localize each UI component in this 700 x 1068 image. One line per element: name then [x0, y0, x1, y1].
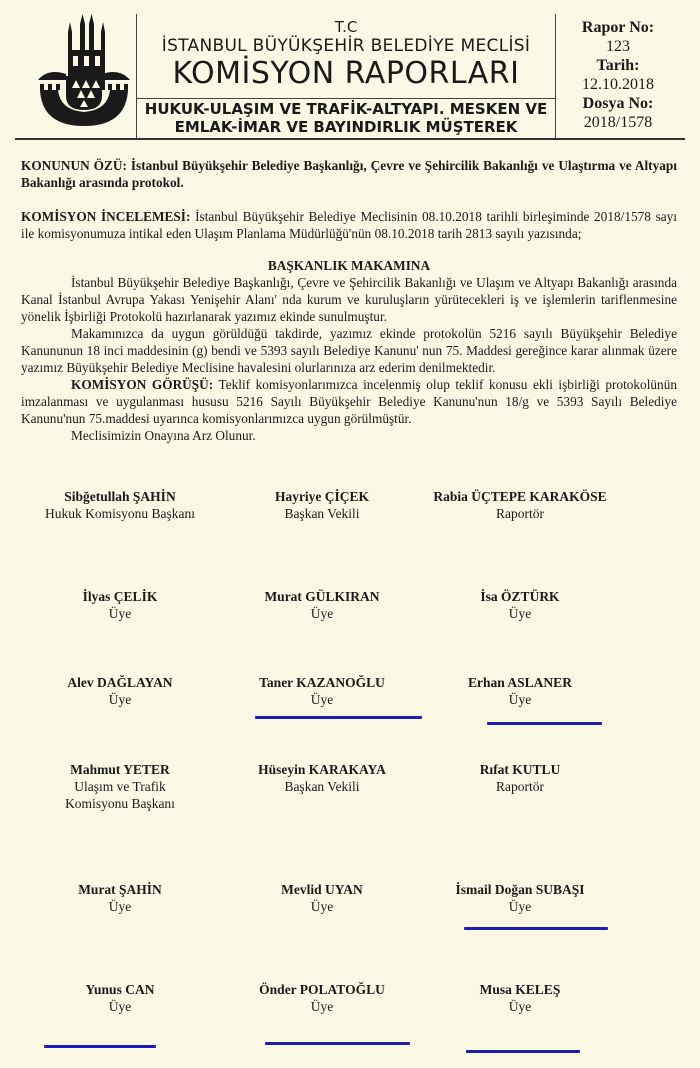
- dosya-no-label: Dosya No:: [556, 94, 680, 113]
- blue-underline-mark: [487, 722, 602, 725]
- signatory-name: Rıfat KUTLU: [400, 761, 640, 778]
- signatory-role: Üye: [400, 998, 640, 1015]
- blue-underline-mark: [466, 1050, 580, 1053]
- header-divider: [136, 14, 137, 139]
- signatory-name: İsmail Doğan SUBAŞI: [400, 881, 640, 898]
- signatory-role: Üye: [400, 691, 640, 708]
- tarih-value: 12.10.2018: [556, 75, 680, 94]
- signatory: İsa ÖZTÜRKÜye: [400, 588, 640, 622]
- gorus-paragraph: KOMİSYON GÖRÜŞÜ: Teklif komisyonlarımızc…: [21, 376, 677, 427]
- signatory: Musa KELEŞÜye: [400, 981, 640, 1015]
- makam-title: BAŞKANLIK MAKAMINA: [21, 257, 677, 274]
- dosya-no-value: 2018/1578: [556, 113, 680, 132]
- closing-line: Meclisimizin Onayına Arz Olunur.: [21, 427, 677, 444]
- signatory-role: Raportör: [400, 505, 640, 522]
- tc-label: T.C: [138, 18, 554, 36]
- signatory: Erhan ASLANERÜye: [400, 674, 640, 708]
- signatory-role: Üye: [400, 605, 640, 622]
- council-name: İSTANBUL BÜYÜKŞEHİR BELEDİYE MECLİSİ: [138, 36, 554, 56]
- signatory: Rıfat KUTLURaportör: [400, 761, 640, 795]
- report-meta: Rapor No: 123 Tarih: 12.10.2018 Dosya No…: [556, 18, 680, 132]
- signatory-role: Komisyonu Başkanı: [0, 795, 240, 812]
- inceleme-label: KOMİSYON İNCELEMESİ:: [21, 209, 190, 224]
- inceleme-paragraph: KOMİSYON İNCELEMESİ: İstanbul Büyükşehir…: [21, 208, 677, 242]
- signatory-role: Raportör: [400, 778, 640, 795]
- ibb-logo-icon: [28, 14, 140, 126]
- blue-underline-mark: [44, 1045, 156, 1048]
- subtitle-line: HUKUK-ULAŞIM VE TRAFİK-ALTYAPI. MESKEN V…: [138, 100, 554, 118]
- page-title: KOMİSYON RAPORLARI: [138, 56, 554, 92]
- signatory-name: Erhan ASLANER: [400, 674, 640, 691]
- konu-label: KONUNUN ÖZÜ:: [21, 158, 127, 173]
- commission-subtitle: HUKUK-ULAŞIM VE TRAFİK-ALTYAPI. MESKEN V…: [138, 100, 554, 136]
- signatory-role: Üye: [400, 898, 640, 915]
- signatory-name: Musa KELEŞ: [400, 981, 640, 998]
- blue-underline-mark: [265, 1042, 410, 1045]
- blue-underline-mark: [464, 927, 608, 930]
- header-divider: [136, 98, 556, 99]
- signatory-name: Rabia ÜÇTEPE KARAKÖSE: [400, 488, 640, 505]
- subtitle-line: EMLAK-İMAR VE BAYINDIRLIK MÜŞTEREK: [138, 118, 554, 136]
- signatory-name: İsa ÖZTÜRK: [400, 588, 640, 605]
- signatory: Rabia ÜÇTEPE KARAKÖSERaportör: [400, 488, 640, 522]
- header-title-block: T.C İSTANBUL BÜYÜKŞEHİR BELEDİYE MECLİSİ…: [138, 10, 554, 92]
- rapor-no-label: Rapor No:: [556, 18, 680, 37]
- tarih-label: Tarih:: [556, 56, 680, 75]
- makam-paragraph-2: Makamınızca da uygun görüldüğü takdirde,…: [21, 325, 677, 376]
- report-header: T.C İSTANBUL BÜYÜKŞEHİR BELEDİYE MECLİSİ…: [20, 10, 680, 138]
- gorus-label: KOMİSYON GÖRÜŞÜ:: [71, 377, 213, 392]
- header-divider: [15, 138, 685, 140]
- makam-paragraph-1: İstanbul Büyükşehir Belediye Başkanlığı,…: [21, 274, 677, 325]
- blue-underline-mark: [255, 716, 422, 719]
- konu-paragraph: KONUNUN ÖZÜ: İstanbul Büyükşehir Belediy…: [21, 157, 677, 191]
- rapor-no-value: 123: [556, 37, 680, 56]
- signatory: İsmail Doğan SUBAŞIÜye: [400, 881, 640, 915]
- report-body: KONUNUN ÖZÜ: İstanbul Büyükşehir Belediy…: [21, 157, 677, 444]
